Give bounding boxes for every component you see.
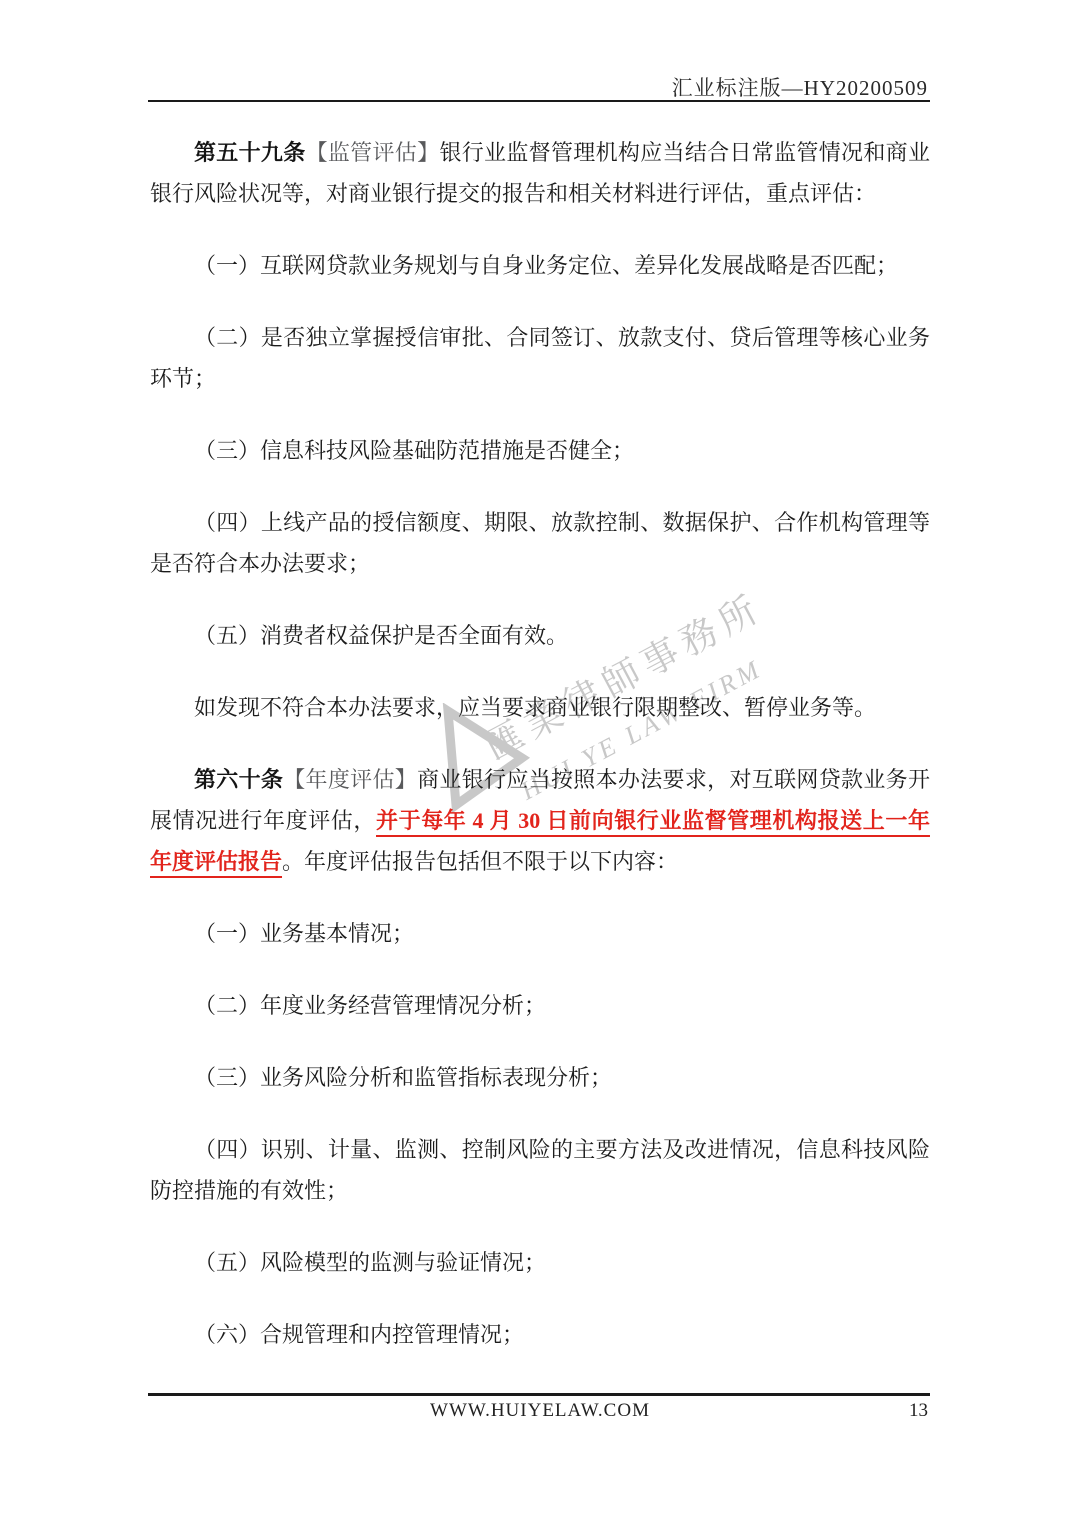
article-59-item-2: （二）是否独立掌握授信审批、合同签订、放款支付、贷后管理等核心业务环节； (150, 317, 930, 399)
footer-page-number: 13 (909, 1400, 928, 1422)
document-page: 汇业标注版—HY20200509 匯業律師事務所 HUI YE LAW FIRM… (0, 0, 1080, 1528)
article-59-item-1: （一）互联网贷款业务规划与自身业务定位、差异化发展战略是否匹配； (150, 245, 930, 286)
article-60-number: 第六十条 (194, 767, 283, 792)
article-59-item-3: （三）信息科技风险基础防范措施是否健全； (150, 430, 930, 471)
article-59-item-5: （五）消费者权益保护是否全面有效。 (150, 615, 930, 656)
header-annotation: 汇业标注版—HY20200509 (672, 72, 928, 102)
article-60-paragraph: 第六十条【年度评估】商业银行应当按照本办法要求，对互联网贷款业务开展情况进行年度… (150, 759, 930, 882)
article-60-item-4: （四）识别、计量、监测、控制风险的主要方法及改进情况，信息科技风险防控措施的有效… (150, 1129, 930, 1211)
article-60-item-5: （五）风险模型的监测与验证情况； (150, 1242, 930, 1283)
article-60-item-1: （一）业务基本情况； (150, 913, 930, 954)
article-59-closing: 如发现不符合本办法要求，应当要求商业银行限期整改、暂停业务等。 (150, 687, 930, 728)
document-body: 第五十九条【监管评估】银行业监督管理机构应当结合日常监管情况和商业银行风险状况等… (150, 132, 930, 1386)
article-60-text-after: 。年度评估报告包括但不限于以下内容： (282, 849, 678, 874)
article-59-label: 【监管评估】 (306, 140, 440, 165)
article-60-item-3: （三）业务风险分析和监管指标表现分析； (150, 1057, 930, 1098)
article-60-label: 【年度评估】 (283, 767, 417, 792)
article-59-paragraph: 第五十九条【监管评估】银行业监督管理机构应当结合日常监管情况和商业银行风险状况等… (150, 132, 930, 214)
article-60-item-2: （二）年度业务经营管理情况分析； (150, 985, 930, 1026)
article-60-item-6: （六）合规管理和内控管理情况； (150, 1314, 930, 1355)
header-rule (148, 100, 930, 102)
footer-rule (148, 1393, 930, 1396)
article-59-item-4: （四）上线产品的授信额度、期限、放款控制、数据保护、合作机构管理等是否符合本办法… (150, 502, 930, 584)
article-59-number: 第五十九条 (194, 140, 306, 165)
